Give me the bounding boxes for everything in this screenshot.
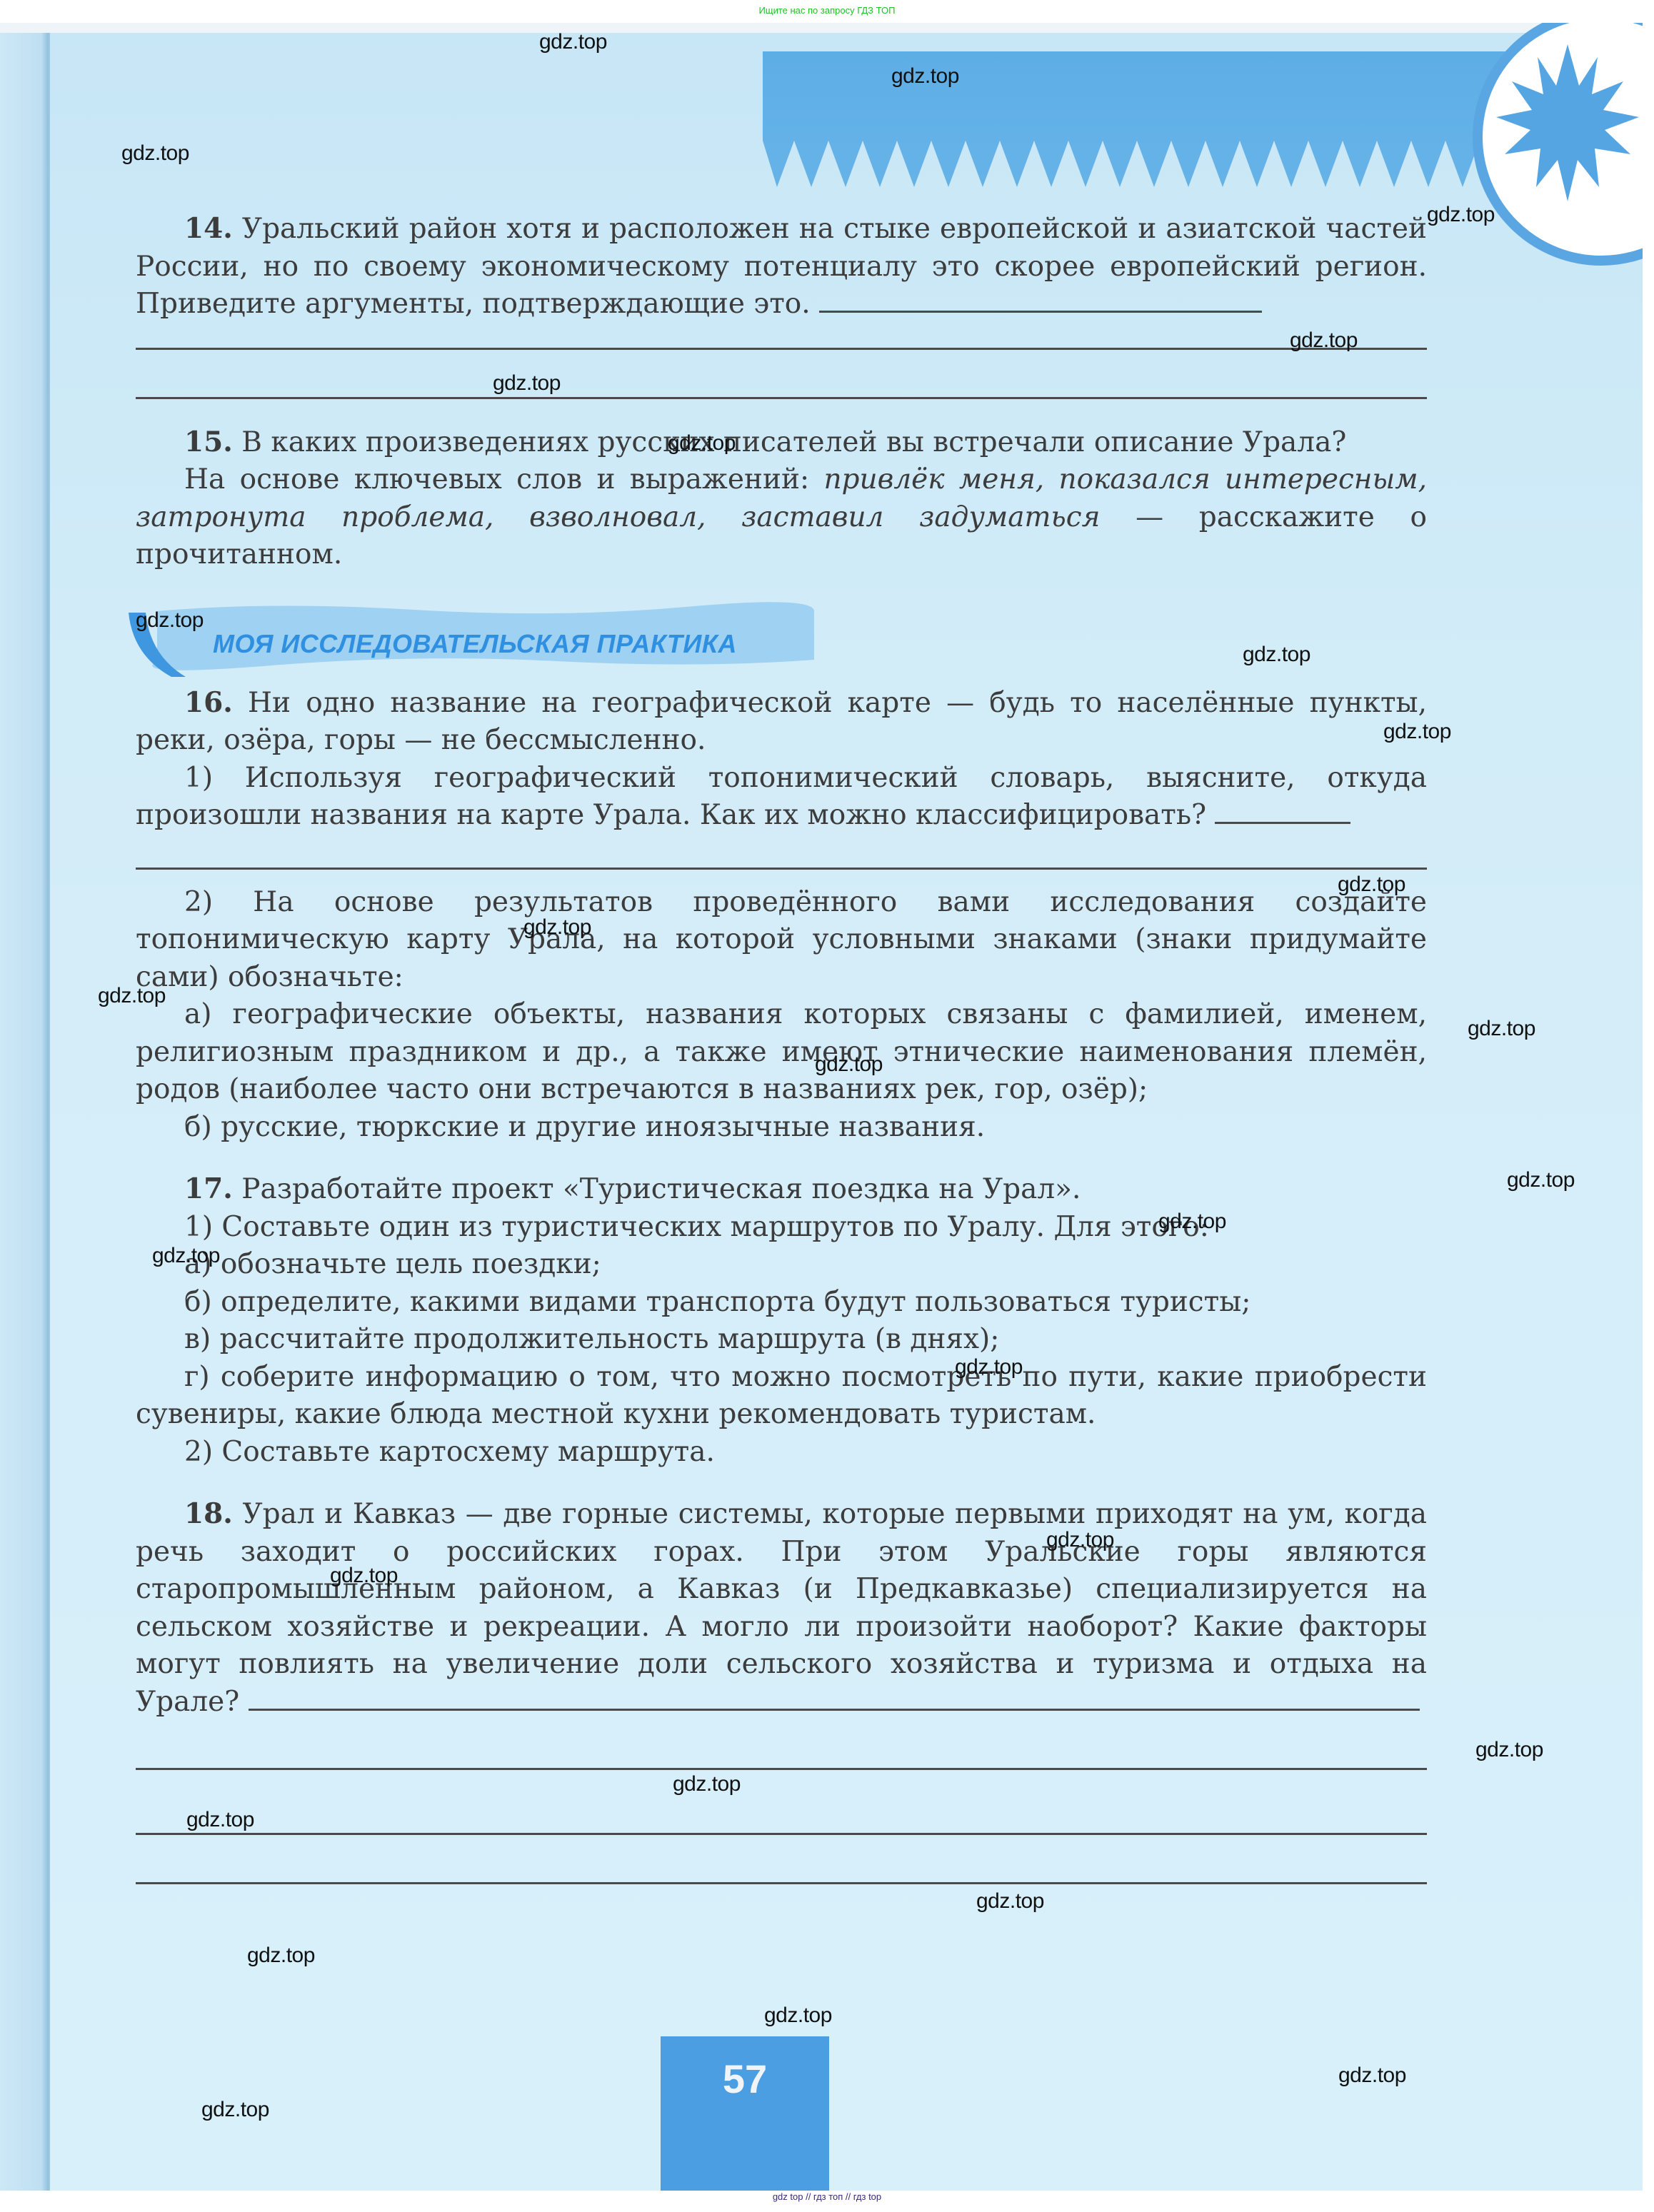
task-text: Разработайте проект «Туристическая поезд… bbox=[241, 1173, 1081, 1205]
watermark: gdz.top bbox=[247, 1944, 315, 1968]
task-number: 16. bbox=[184, 686, 233, 719]
subtask-2a: а) географические объекты, названия кото… bbox=[136, 996, 1427, 1109]
watermark: gdz.top bbox=[539, 30, 607, 54]
page-binding-strip bbox=[0, 33, 50, 2191]
answer-line[interactable] bbox=[249, 1709, 1420, 1711]
watermark: gdz.top bbox=[1158, 1210, 1226, 1234]
star-icon bbox=[1496, 44, 1639, 201]
task-text: Ни одно название на географической карте… bbox=[136, 687, 1427, 757]
watermark: gdz.top bbox=[201, 2098, 269, 2122]
top-promo-banner: Ищите нас по запросу ГДЗ ТОП bbox=[0, 0, 1654, 23]
subtask-1: 1) Используя географический топонимическ… bbox=[136, 762, 1427, 832]
watermark: gdz.top bbox=[1338, 873, 1405, 897]
watermark: gdz.top bbox=[136, 608, 204, 633]
watermark: gdz.top bbox=[330, 1564, 398, 1588]
section-heading-banner: МОЯ ИССЛЕДОВАТЕЛЬСКАЯ ПРАКТИКА bbox=[129, 598, 843, 677]
page-content: 14. Уральский район хотя и расположен на… bbox=[136, 210, 1427, 1884]
watermark: gdz.top bbox=[891, 64, 959, 89]
watermark: gdz.top bbox=[1290, 328, 1358, 353]
subtask-2b: б) русские, тюркские и другие иноязычные… bbox=[136, 1109, 1427, 1147]
subtask-1g: г) соберите информацию о том, что можно … bbox=[136, 1359, 1427, 1434]
subtask-2: 2) Составьте картосхему маршрута. bbox=[136, 1434, 1427, 1472]
section-heading: МОЯ ИССЛЕДОВАТЕЛЬСКАЯ ПРАКТИКА bbox=[213, 625, 737, 663]
watermark: gdz.top bbox=[668, 431, 736, 456]
task-question: В каких произведениях русских писателей … bbox=[241, 426, 1346, 458]
watermark: gdz.top bbox=[186, 1808, 254, 1832]
task-16: 16. Ни одно название на географической к… bbox=[136, 684, 1427, 1147]
textbook-page: 14. Уральский район хотя и расположен на… bbox=[0, 23, 1643, 2191]
watermark: gdz.top bbox=[815, 1052, 883, 1077]
task-number: 15. bbox=[184, 426, 233, 458]
task-14: 14. Уральский район хотя и расположен на… bbox=[136, 210, 1427, 399]
watermark: gdz.top bbox=[493, 371, 561, 396]
task-17: 17. Разработайте проект «Туристическая п… bbox=[136, 1170, 1427, 1471]
subtask-2: 2) На основе результатов проведённого ва… bbox=[136, 884, 1427, 997]
watermark: gdz.top bbox=[955, 1355, 1023, 1379]
watermark: gdz.top bbox=[98, 984, 166, 1008]
answer-line[interactable] bbox=[819, 311, 1262, 313]
subtask-1: 1) Составьте один из туристических маршр… bbox=[136, 1209, 1427, 1247]
subtask-1a: а) обозначьте цель поездки; bbox=[136, 1246, 1427, 1284]
watermark: gdz.top bbox=[1046, 1528, 1114, 1552]
watermark: gdz.top bbox=[1338, 2063, 1406, 2088]
task-text: Уральский район хотя и расположен на сты… bbox=[136, 213, 1427, 320]
watermark: gdz.top bbox=[1475, 1738, 1543, 1762]
page-top-edge bbox=[0, 23, 1643, 33]
answer-line[interactable] bbox=[1215, 822, 1350, 824]
answer-line[interactable] bbox=[136, 397, 1427, 399]
watermark: gdz.top bbox=[121, 141, 189, 166]
task-number: 17. bbox=[184, 1172, 233, 1205]
page-number: 57 bbox=[661, 2036, 829, 2191]
watermark: gdz.top bbox=[1507, 1168, 1575, 1192]
task-number: 18. bbox=[184, 1497, 233, 1530]
answer-line[interactable] bbox=[136, 868, 1427, 870]
watermark: gdz.top bbox=[1427, 203, 1495, 227]
task-text: Урал и Кавказ — две горные системы, кото… bbox=[136, 1498, 1427, 1718]
subtask-1b: б) определите, какими видами транспорта … bbox=[136, 1284, 1427, 1322]
watermark: gdz.top bbox=[764, 2004, 832, 2028]
watermark: gdz.top bbox=[1383, 720, 1451, 744]
watermark: gdz.top bbox=[673, 1772, 741, 1796]
answer-line[interactable] bbox=[136, 1882, 1427, 1884]
watermark: gdz.top bbox=[976, 1889, 1044, 1914]
watermark: gdz.top bbox=[523, 915, 591, 940]
task-18: 18. Урал и Кавказ — две горные системы, … bbox=[136, 1495, 1427, 1884]
task-number: 14. bbox=[184, 212, 233, 245]
watermark: gdz.top bbox=[1243, 643, 1310, 667]
watermark: gdz.top bbox=[1468, 1017, 1535, 1041]
subtask-1v: в) рассчитайте продолжительность маршрут… bbox=[136, 1321, 1427, 1359]
task-intro: На основе ключевых слов и выражений: bbox=[184, 463, 809, 496]
task-15: 15. В каких произведениях русских писате… bbox=[136, 423, 1427, 574]
watermark: gdz.top bbox=[152, 1244, 220, 1268]
bottom-promo-banner: gdz top // гдз топ // гдз top bbox=[0, 2191, 1654, 2212]
